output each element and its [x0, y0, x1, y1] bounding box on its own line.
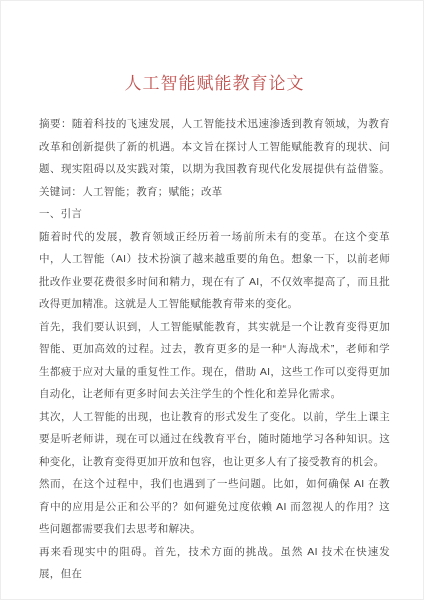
body-paragraph: 其次，人工智能的出现，也让教育的形式发生了变化。以前，学生上课主要是听老师讲，现…	[39, 406, 390, 474]
abstract-paragraph: 摘要：随着科技的飞速发展，人工智能技术迅速渗透到教育领域，为教育改革和创新提供了…	[39, 113, 390, 203]
section-heading-introduction: 一、引言	[39, 203, 390, 226]
body-paragraph: 首先，我们要认识到，人工智能赋能教育，其实就是一个让教育变得更加智能、更加高效的…	[39, 316, 390, 406]
body-paragraph: 随着时代的发展，教育领域正经历着一场前所未有的变革。在这个变革中，人工智能（AI…	[39, 226, 390, 316]
body-paragraph: 然而，在这个过程中，我们也遇到了一些问题。比如，如何确保 AI 在教育中的应用是…	[39, 473, 390, 541]
document-title: 人工智能赋能教育论文	[39, 71, 390, 97]
document-page: 人工智能赋能教育论文 摘要：随着科技的飞速发展，人工智能技术迅速渗透到教育领域，…	[0, 0, 424, 600]
document-body: 摘要：随着科技的飞速发展，人工智能技术迅速渗透到教育领域，为教育改革和创新提供了…	[39, 113, 390, 586]
body-paragraph-truncated: 再来看现实中的阻碍。首先，技术方面的挑战。虽然 AI 技术在快速发展，但在	[39, 541, 390, 586]
